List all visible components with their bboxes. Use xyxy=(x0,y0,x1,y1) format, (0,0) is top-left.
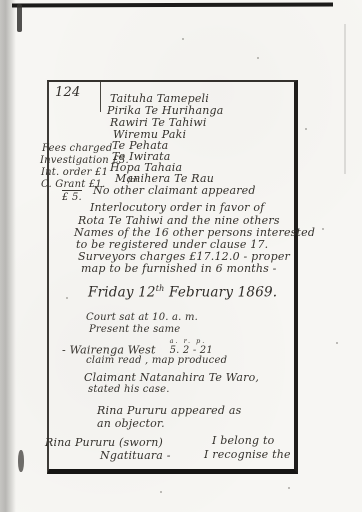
ink-smudge xyxy=(18,450,24,472)
no-claimant-pre: No other xyxy=(93,184,144,197)
claimant-name: Pirika Te Hurihanga xyxy=(107,105,224,116)
witness-name: Rina Pururu (sworn) xyxy=(45,437,163,448)
objector-line2: an objector. xyxy=(97,418,165,429)
present-line: Present the same xyxy=(89,325,180,335)
area-values: 5. 2 - 21 xyxy=(170,346,213,356)
claim-read-line: claim read , map produced xyxy=(86,356,227,366)
land-block-line: - Wairenga Westa. r. p.5. 2 - 21 xyxy=(62,338,213,356)
fee-note-investigation: Investigation £3. xyxy=(40,156,129,166)
fee-note-header: Fees charged xyxy=(42,144,112,154)
fee-note-int-order: Int. order £1 xyxy=(41,168,108,178)
court-sat-line: Court sat at 10. a. m. xyxy=(86,313,198,323)
date-heading: Friday 12th February 1869. xyxy=(88,285,277,300)
page-number: 124 xyxy=(55,86,80,99)
inserted-word: for xyxy=(128,177,139,184)
stated-case-line: stated his case. xyxy=(88,385,170,395)
scan-speck xyxy=(336,342,338,344)
order-line: map to be furnished in 6 months - xyxy=(81,263,277,274)
order-line: Names of the 16 other persons interested xyxy=(74,227,315,238)
no-claimant-line: No other claimant appeared xyxy=(93,185,256,196)
scan-speck xyxy=(305,128,307,130)
scan-edge-top xyxy=(12,2,333,7)
fee-total: £ 5. xyxy=(62,190,82,203)
scan-speck xyxy=(257,57,259,59)
page-number-divider xyxy=(100,82,101,112)
page-edge-line xyxy=(344,24,346,174)
claimant-name: Taituha Tamepeli xyxy=(110,93,209,104)
scan-speck xyxy=(288,487,290,489)
no-claimant-post: claimant appeared xyxy=(148,184,256,197)
scan-speck xyxy=(160,491,162,493)
date-day: Friday 12 xyxy=(88,285,156,301)
date-month-year: February 1869. xyxy=(165,285,278,301)
scan-speck xyxy=(322,228,324,230)
land-area: a. r. p.5. 2 - 21 xyxy=(170,338,213,356)
claimant-line: Claimant Natanahira Te Waro, xyxy=(84,372,259,383)
testimony-line1: I belong to xyxy=(212,435,274,446)
testimony-line2: I recognise the xyxy=(204,449,291,460)
order-line: Rota Te Tahiwi and the nine others xyxy=(78,215,280,226)
objector-line1: Rina Pururu appeared as xyxy=(97,405,241,416)
book-gutter-shadow xyxy=(0,0,16,512)
witness-tribe: Ngatituara - xyxy=(100,450,171,461)
area-units: a. r. p. xyxy=(170,338,213,345)
scan-speck xyxy=(182,38,184,40)
claimant-name: Rawiri Te Tahiwi xyxy=(110,117,207,128)
order-line: to be registered under clause 17. xyxy=(76,239,268,250)
scanned-minute-book-page: 124 Taituha Tamepeli Pirika Te Hurihanga… xyxy=(0,0,362,512)
scan-edge-corner xyxy=(17,4,22,32)
order-line: Interlocutory order in favor of xyxy=(90,202,264,213)
order-line: Surveyors charges £17.12.0 - proper xyxy=(78,251,290,262)
date-ordinal: th xyxy=(156,284,165,293)
